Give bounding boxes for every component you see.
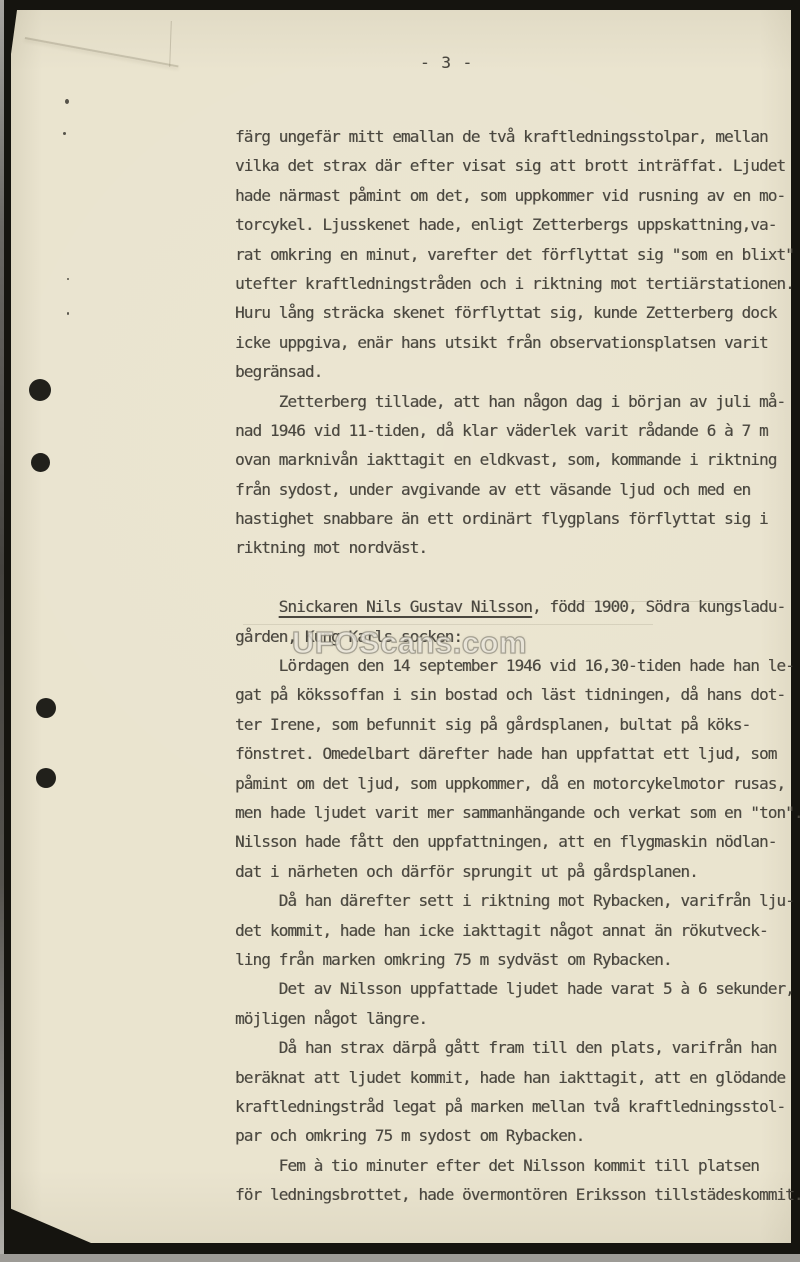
text-line: Det av Nilsson uppfattade ljudet hade va…	[235, 974, 800, 1003]
text-line: färg ungefär mitt emallan de två kraftle…	[235, 122, 800, 151]
text-line: vilka det strax där efter visat sig att …	[235, 151, 800, 180]
text-line: hastighet snabbare än ett ordinärt flygp…	[235, 504, 800, 533]
ink-speck	[65, 99, 69, 104]
paper-crease	[25, 37, 179, 67]
text-line: Nilsson hade fått den uppfattningen, att…	[235, 827, 800, 856]
text-line: Då han strax därpå gått fram till den pl…	[235, 1033, 800, 1062]
document-page: - 3 - färg ungefär mitt emallan de två k…	[11, 10, 791, 1243]
text-line: påmint om det ljud, som uppkommer, då en…	[235, 769, 800, 798]
text-line: ling från marken omkring 75 m sydväst om…	[235, 945, 800, 974]
hole-punch-mark	[36, 698, 56, 718]
text-line: Snickaren Nils Gustav Nilsson, född 1900…	[235, 592, 800, 621]
text-line: men hade ljudet varit mer sammanhängande…	[235, 798, 800, 827]
text-line: hade närmast påmint om det, som uppkomme…	[235, 181, 800, 210]
text-line: riktning mot nordväst.	[235, 533, 800, 562]
page-number: - 3 -	[420, 53, 473, 72]
typewritten-text: färg ungefär mitt emallan de två kraftle…	[235, 122, 800, 1209]
paper-crease	[169, 21, 172, 67]
text-line: icke uppgiva, enär hans utsikt från obse…	[235, 328, 800, 357]
text-line: rat omkring en minut, varefter det förfl…	[235, 240, 800, 269]
text-line: Då han därefter sett i riktning mot Ryba…	[235, 886, 800, 915]
text-line: för ledningsbrottet, hade övermontören E…	[235, 1180, 800, 1209]
text-line: möjligen något längre.	[235, 1004, 800, 1033]
text-line: torcykel. Ljusskenet hade, enligt Zetter…	[235, 210, 800, 239]
text-line: dat i närheten och därför sprungit ut på…	[235, 857, 800, 886]
text-line: beräknat att ljudet kommit, hade han iak…	[235, 1063, 800, 1092]
ink-speck	[63, 132, 66, 135]
watermark-text: UFOScans.com	[292, 625, 527, 661]
underlined-witness-name: Snickaren Nils Gustav Nilsson	[279, 597, 532, 616]
text-line: Fem à tio minuter efter det Nilsson komm…	[235, 1151, 800, 1180]
scanner-edge-bottom	[0, 1254, 800, 1262]
text-line: par och omkring 75 m sydost om Rybacken.	[235, 1121, 800, 1150]
text-line: kraftledningstråd legat på marken mellan…	[235, 1092, 800, 1121]
paper-crease	[571, 601, 756, 602]
hole-punch-mark	[29, 379, 51, 401]
hole-punch-mark	[36, 768, 56, 788]
text-line	[235, 563, 800, 592]
ink-speck	[67, 312, 69, 315]
text-line: ovan marknivån iakttagit en eldkvast, so…	[235, 445, 800, 474]
text-line: nad 1946 vid 11-tiden, då klar väderlek …	[235, 416, 800, 445]
hole-punch-mark	[31, 453, 50, 472]
text-line: Huru lång sträcka skenet förflyttat sig,…	[235, 298, 800, 327]
text-line: från sydost, under avgivande av ett väsa…	[235, 475, 800, 504]
paper-crease	[243, 624, 653, 625]
ink-speck	[67, 278, 69, 280]
text-line: fönstret. Omedelbart därefter hade han u…	[235, 739, 800, 768]
text-line: ter Irene, som befunnit sig på gårdsplan…	[235, 710, 800, 739]
text-line: det kommit, hade han icke iakttagit någo…	[235, 916, 800, 945]
text-line: gat på kökssoffan i sin bostad och läst …	[235, 680, 800, 709]
text-line: begränsad.	[235, 357, 800, 386]
scanner-edge-left	[0, 0, 4, 1262]
text-line: utefter kraftledningstråden och i riktni…	[235, 269, 800, 298]
text-line: Zetterberg tillade, att han någon dag i …	[235, 387, 800, 416]
